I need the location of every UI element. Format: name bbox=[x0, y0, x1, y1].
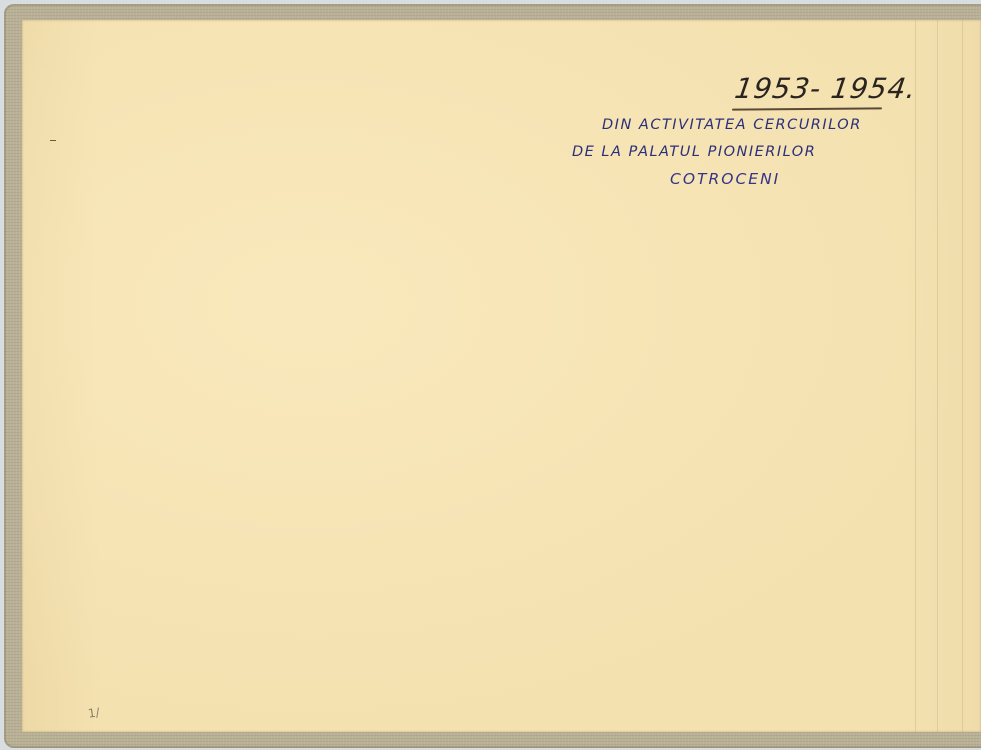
inscription-line-1: DIN ACTIVITATEA CERCURILOR bbox=[602, 117, 862, 133]
margin-mark bbox=[50, 140, 56, 141]
year-range: 1953- 1954. bbox=[733, 72, 919, 105]
inscription-line-2: DE LA PALATUL PIONIERILOR bbox=[572, 144, 816, 160]
pencil-mark: 1/ bbox=[87, 705, 101, 720]
inscription-line-3: COTROCENI bbox=[670, 170, 780, 188]
page-fold-line bbox=[962, 20, 963, 732]
page-fold-line bbox=[937, 20, 938, 732]
page-fold-line bbox=[915, 20, 916, 732]
